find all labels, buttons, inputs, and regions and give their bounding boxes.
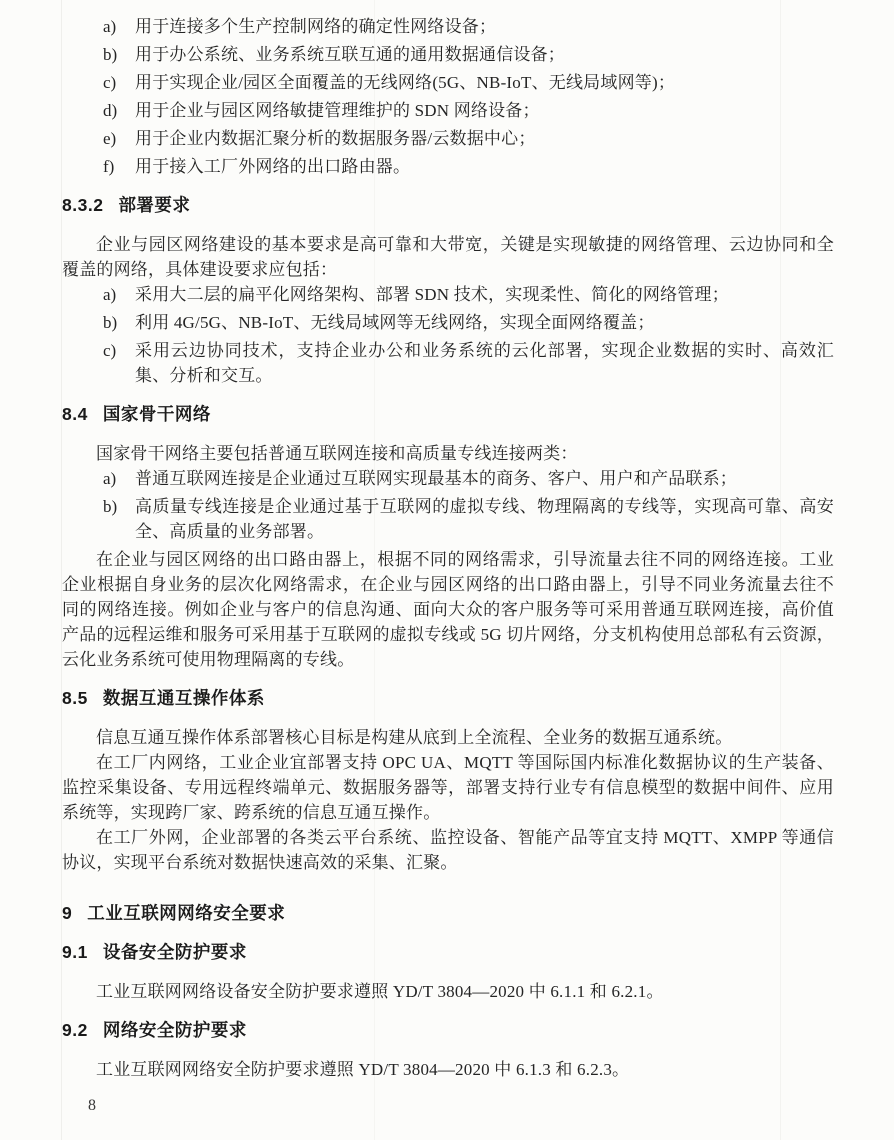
- clause-list-8-3-2: a) 采用大二层的扁平化网络架构、部署 SDN 技术，实现柔性、简化的网络管理；…: [62, 282, 834, 388]
- clause-label: b): [103, 310, 135, 335]
- clause-text: 用于办公系统、业务系统互联互通的通用数据通信设备；: [135, 42, 834, 67]
- clause-label: a): [103, 466, 135, 491]
- clause-item-d: d) 用于企业与园区网络敏捷管理维护的 SDN 网络设备；: [62, 98, 834, 123]
- clause-item-c: c) 采用云边协同技术，支持企业办公和业务系统的云化部署，实现企业数据的实时、高…: [62, 338, 834, 388]
- paragraph: 在企业与园区网络的出口路由器上，根据不同的网络需求，引导流量去往不同的网络连接。…: [62, 547, 834, 672]
- section-number: 9.2: [62, 1019, 88, 1041]
- clause-text: 高质量专线连接是企业通过基于互联网的虚拟专线、物理隔离的专线等，实现高可靠、高安…: [135, 494, 834, 544]
- clause-label: e): [103, 126, 135, 151]
- chapter-title: 工业互联网网络安全要求: [87, 902, 285, 924]
- clause-text: 用于企业与园区网络敏捷管理维护的 SDN 网络设备；: [135, 98, 834, 123]
- clause-list-8-3-1: a) 用于连接多个生产控制网络的确定性网络设备； b) 用于办公系统、业务系统互…: [62, 14, 834, 179]
- section-title: 数据互通互操作体系: [103, 687, 265, 709]
- page-number: 8: [88, 1097, 96, 1115]
- clause-item-a: a) 用于连接多个生产控制网络的确定性网络设备；: [62, 14, 834, 39]
- clause-text: 采用大二层的扁平化网络架构、部署 SDN 技术，实现柔性、简化的网络管理；: [135, 282, 834, 307]
- clause-label: a): [103, 14, 135, 39]
- clause-label: b): [103, 494, 135, 544]
- clause-item-b: b) 用于办公系统、业务系统互联互通的通用数据通信设备；: [62, 42, 834, 67]
- clause-item-b: b) 利用 4G/5G、NB-IoT、无线局域网等无线网络，实现全面网络覆盖；: [62, 310, 834, 335]
- paragraph: 在工厂内网络，工业企业宜部署支持 OPC UA、MQTT 等国际国内标准化数据协…: [62, 750, 834, 825]
- clause-item-b: b) 高质量专线连接是企业通过基于互联网的虚拟专线、物理隔离的专线等，实现高可靠…: [62, 494, 834, 544]
- clause-item-f: f) 用于接入工厂外网络的出口路由器。: [62, 154, 834, 179]
- section-title: 国家骨干网络: [103, 403, 211, 425]
- clause-text: 用于连接多个生产控制网络的确定性网络设备；: [135, 14, 834, 39]
- clause-text: 用于接入工厂外网络的出口路由器。: [135, 154, 834, 179]
- clause-label: c): [103, 70, 135, 95]
- section-number: 8.3.2: [62, 194, 103, 216]
- section-title: 网络安全防护要求: [103, 1019, 247, 1041]
- clause-text: 普通互联网连接是企业通过互联网实现最基本的商务、客户、用户和产品联系；: [135, 466, 834, 491]
- chapter-heading-9: 9 工业互联网网络安全要求: [62, 902, 834, 924]
- section-number: 9.1: [62, 941, 88, 963]
- section-title: 部署要求: [118, 194, 190, 216]
- chapter-number: 9: [62, 902, 72, 924]
- paragraph: 在工厂外网，企业部署的各类云平台系统、监控设备、智能产品等宜支持 MQTT、XM…: [62, 825, 834, 875]
- clause-list-8-4: a) 普通互联网连接是企业通过互联网实现最基本的商务、客户、用户和产品联系； b…: [62, 466, 834, 544]
- clause-label: d): [103, 98, 135, 123]
- clause-item-e: e) 用于企业内数据汇聚分析的数据服务器/云数据中心；: [62, 126, 834, 151]
- clause-label: a): [103, 282, 135, 307]
- paragraph: 国家骨干网络主要包括普通互联网连接和高质量专线连接两类：: [62, 441, 834, 466]
- section-heading-8-5: 8.5 数据互通互操作体系: [62, 687, 834, 709]
- clause-item-a: a) 普通互联网连接是企业通过互联网实现最基本的商务、客户、用户和产品联系；: [62, 466, 834, 491]
- section-heading-9-2: 9.2 网络安全防护要求: [62, 1019, 834, 1041]
- paragraph: 工业互联网网络设备安全防护要求遵照 YD/T 3804—2020 中 6.1.1…: [62, 979, 834, 1004]
- clause-item-a: a) 采用大二层的扁平化网络架构、部署 SDN 技术，实现柔性、简化的网络管理；: [62, 282, 834, 307]
- clause-label: f): [103, 154, 135, 179]
- section-heading-9-1: 9.1 设备安全防护要求: [62, 941, 834, 963]
- paragraph: 工业互联网网络安全防护要求遵照 YD/T 3804—2020 中 6.1.3 和…: [62, 1057, 834, 1082]
- clause-text: 采用云边协同技术，支持企业办公和业务系统的云化部署，实现企业数据的实时、高效汇集…: [135, 338, 834, 388]
- paragraph: 信息互通互操作体系部署核心目标是构建从底到上全流程、全业务的数据互通系统。: [62, 725, 834, 750]
- document-page: a) 用于连接多个生产控制网络的确定性网络设备； b) 用于办公系统、业务系统互…: [62, 14, 834, 1082]
- section-number: 8.4: [62, 403, 88, 425]
- clause-item-c: c) 用于实现企业/园区全面覆盖的无线网络(5G、NB-IoT、无线局域网等)；: [62, 70, 834, 95]
- clause-text: 用于实现企业/园区全面覆盖的无线网络(5G、NB-IoT、无线局域网等)；: [135, 70, 834, 95]
- paragraph: 企业与园区网络建设的基本要求是高可靠和大带宽，关键是实现敏捷的网络管理、云边协同…: [62, 232, 834, 282]
- section-number: 8.5: [62, 687, 88, 709]
- section-title: 设备安全防护要求: [103, 941, 247, 963]
- clause-text: 用于企业内数据汇聚分析的数据服务器/云数据中心；: [135, 126, 834, 151]
- clause-label: c): [103, 338, 135, 388]
- section-heading-8-3-2: 8.3.2 部署要求: [62, 194, 834, 216]
- section-heading-8-4: 8.4 国家骨干网络: [62, 403, 834, 425]
- clause-text: 利用 4G/5G、NB-IoT、无线局域网等无线网络，实现全面网络覆盖；: [135, 310, 834, 335]
- clause-label: b): [103, 42, 135, 67]
